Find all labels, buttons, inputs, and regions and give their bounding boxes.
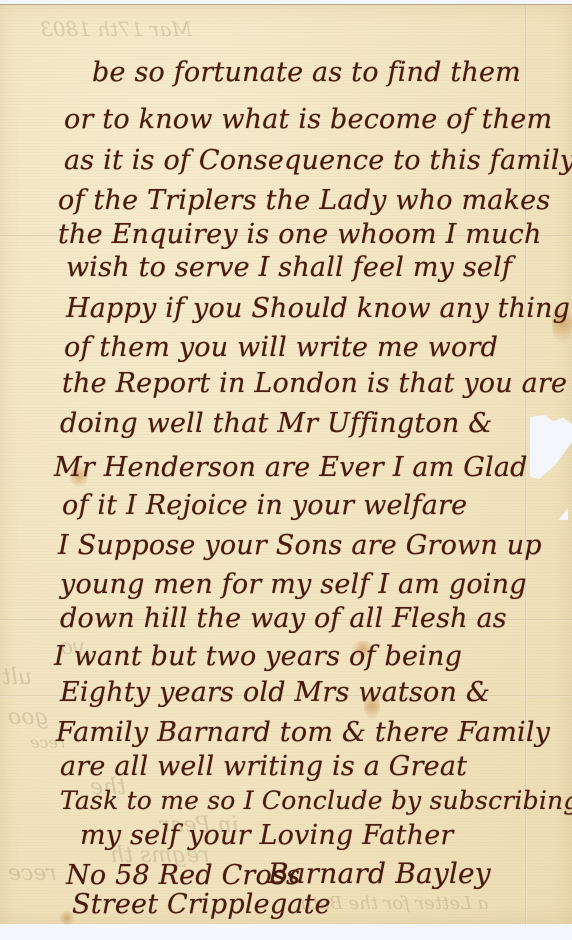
letter-line: doing well that Mr Uffington & <box>60 408 492 439</box>
address-line-1: No 58 Red Cross <box>66 860 300 891</box>
letter-line: as it is of Consequence to this family <box>64 145 572 176</box>
signature: Barnard Bayley <box>268 857 491 890</box>
letter-line: I want but two years of being <box>54 641 462 672</box>
letter-line: I Suppose your Sons are Grown up <box>58 530 542 561</box>
letter-paper: Mar 17th 1803 yo ult goo rece the in Pea… <box>0 4 572 924</box>
address-line-2: Street Cripplegate <box>72 889 331 920</box>
letter-line: of it I Rejoice in your welfare <box>62 490 467 521</box>
letter-line: or to know what is become of them <box>64 104 552 135</box>
letter-line: Happy if you Should know any thing <box>66 293 570 324</box>
letter-line: Eighty years old Mrs watson & <box>60 677 490 708</box>
letter-line: down hill the way of all Flesh as <box>60 603 507 634</box>
letter-line: are all well writing is a Great <box>60 751 467 782</box>
letter-line: Mr Henderson are Ever I am Glad <box>54 452 528 483</box>
document-viewport: Mar 17th 1803 yo ult goo rece the in Pea… <box>0 0 572 940</box>
letter-line: young men for my self I am going <box>60 569 527 600</box>
letter-body: be so fortunate as to find them or to kn… <box>0 5 572 928</box>
letter-line: Task to me so I Conclude by subscribing <box>60 786 572 815</box>
letter-line: the Enquirey is one whoom I much <box>58 219 542 250</box>
letter-line: wish to serve I shall feel my self <box>66 252 512 283</box>
letter-line: of them you will write me word <box>64 332 498 363</box>
letter-line: the Report in London is that you are <box>62 368 567 399</box>
letter-line: of the Triplers the Lady who makes <box>58 185 550 216</box>
letter-line: be so fortunate as to find them <box>92 57 521 88</box>
letter-line: Family Barnard tom & there Family <box>56 717 550 748</box>
letter-line: my self your Loving Father <box>80 820 454 851</box>
